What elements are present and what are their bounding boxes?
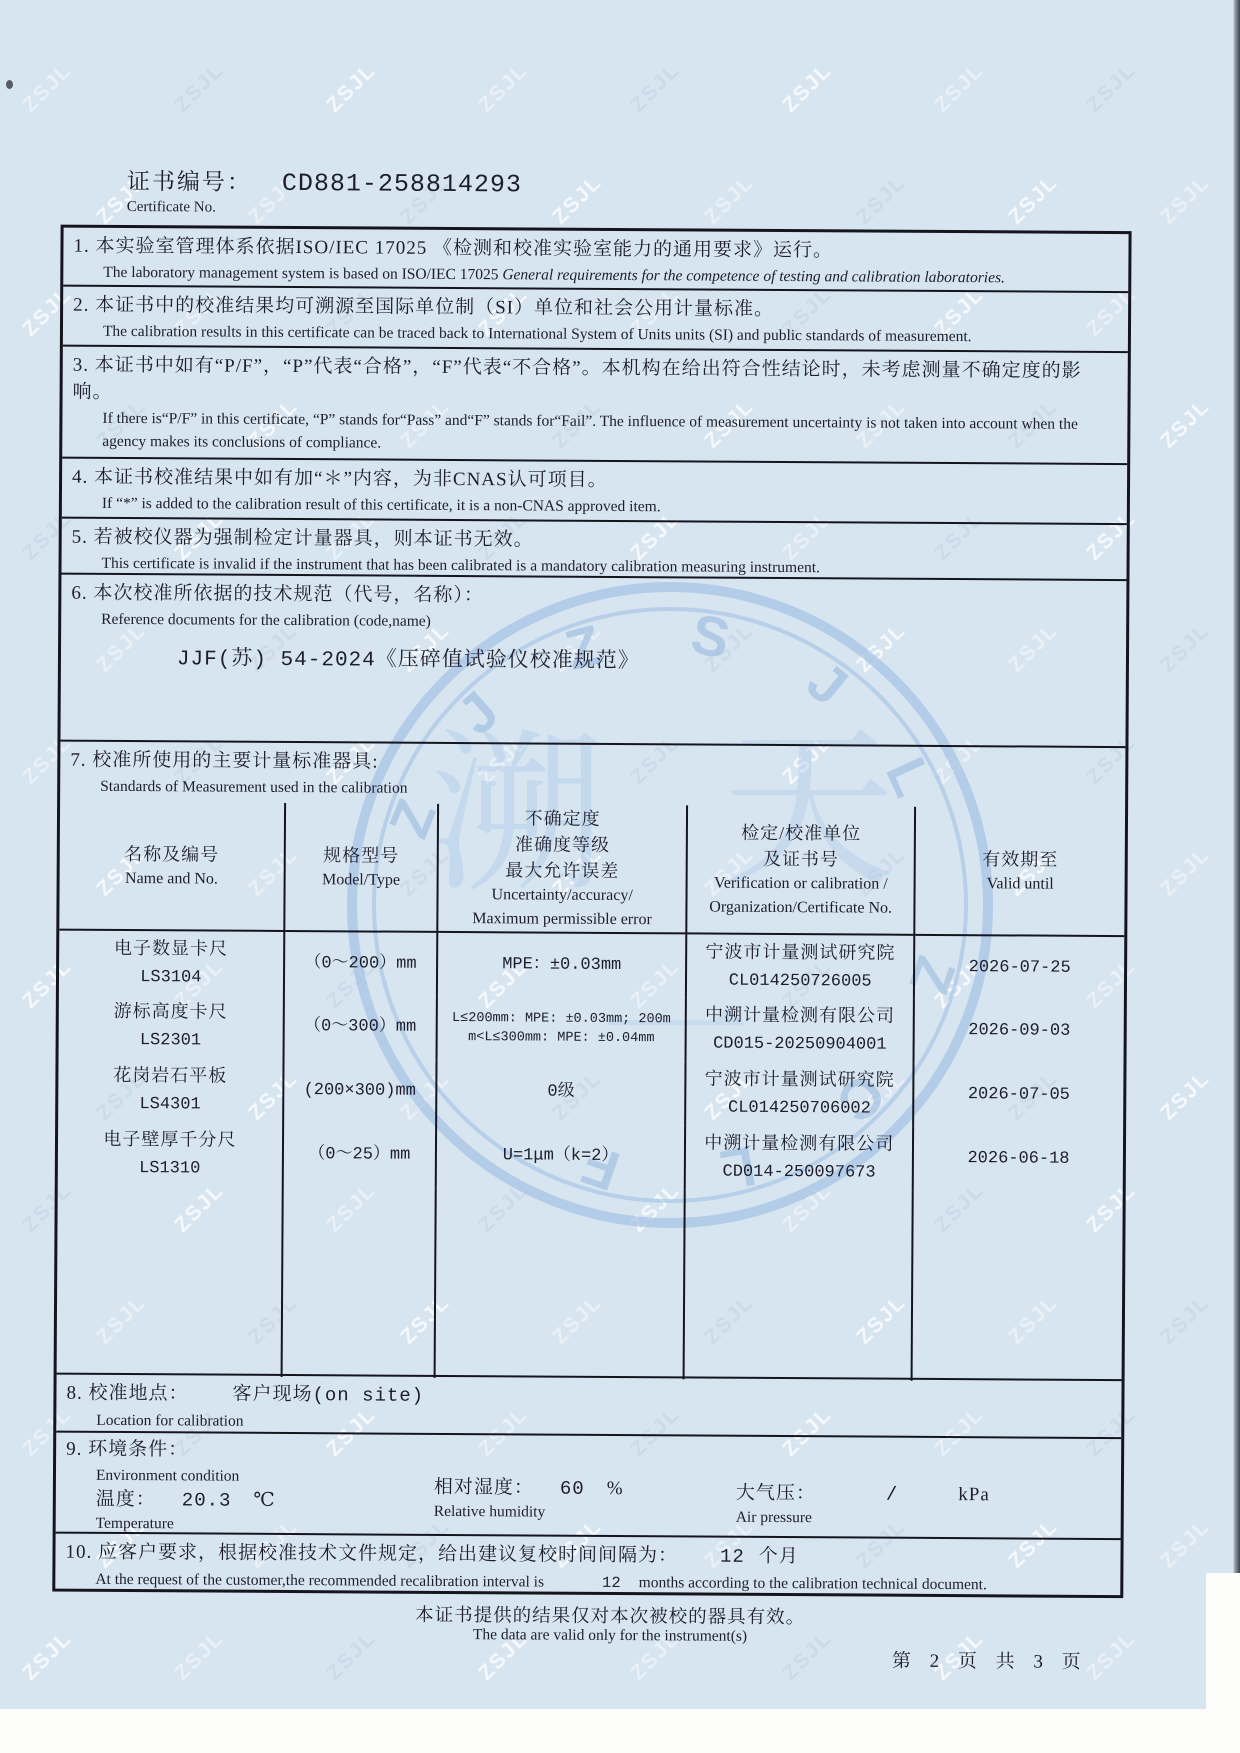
instrument-name: 花岗岩石平板 — [62, 1060, 278, 1091]
header-org-zh1: 检定/校准单位 — [692, 819, 910, 846]
cell-valid: 2026-09-03 — [914, 999, 1124, 1064]
header-name: 名称及编号 Name and No. — [59, 802, 284, 931]
clause-9: 9. 环境条件： Environment condition 温度：20.3℃ … — [56, 1431, 1122, 1539]
scan-edge-bottom — [0, 1709, 1240, 1753]
clause-6: 6. 本次校准所依据的技术规范（代号，名称）： Reference docume… — [60, 573, 1126, 747]
instrument-code: LS3104 — [63, 962, 279, 993]
pressure-value: / — [886, 1482, 899, 1508]
model-value: (200×300)mm — [288, 1076, 432, 1107]
instrument-name: 电子壁厚千分尺 — [62, 1124, 278, 1155]
mpe-value: MPE：±0.03mm — [442, 949, 681, 980]
clause-3: 3. 本证书中如有“P/F”，“P”代表“合格”，“F”代表“不合格”。本机构在… — [62, 345, 1128, 464]
temperature-line: 温度：20.3℃ — [56, 1487, 276, 1514]
org-certificate-no: CL014250726005 — [691, 966, 909, 997]
mpe-value: U=1μm（k=2） — [441, 1141, 680, 1172]
environment-title-en: Environment condition — [56, 1463, 276, 1488]
scan-corner-bottom-right — [1206, 1573, 1240, 1713]
standards-table-header-row: 名称及编号 Name and No. 规格型号 Model/Type 不确定度 … — [59, 802, 1125, 937]
humidity-unit: % — [607, 1476, 624, 1502]
org-name: 宁波市计量测试研究院 — [691, 1063, 909, 1094]
header-org-en1: Verification or calibration / — [692, 871, 910, 896]
header-valid: 有效期至 Valid until — [914, 807, 1125, 936]
header-model-en: Model/Type — [289, 867, 433, 892]
instrument-code: LS1310 — [62, 1154, 278, 1185]
mpe-value-line1: L≤200mm: MPE: ±0.03mm; 200m — [442, 1009, 681, 1029]
org-name: 宁波市计量测试研究院 — [691, 936, 909, 967]
clause-4: 4. 本证书校准结果中如有加“＊”内容，为非CNAS认可项目。 If “*” i… — [62, 457, 1127, 524]
scan-edge-right — [1233, 0, 1240, 1602]
pressure-label-zh: 大气压： — [736, 1483, 816, 1504]
humidity-value: 60 — [560, 1476, 585, 1502]
header-org: 检定/校准单位 及证书号 Verification or calibration… — [687, 805, 916, 934]
cell-org: 宁波市计量测试研究院 CL014250706002 — [685, 1061, 913, 1126]
clause-5-zh: 5. 若被校仪器为强制检定计量器具，则本证书无效。 — [62, 519, 1127, 558]
header-valid-en: Valid until — [920, 871, 1121, 896]
certificate-terms-box: 1. 本实验室管理体系依据ISO/IEC 17025 《检测和校准实验室能力的通… — [52, 225, 1131, 1599]
header-org-en2: Organization/Certificate No. — [692, 895, 910, 920]
cell-mpe: 0级 — [436, 1060, 686, 1126]
model-value: （0～200）mm — [289, 948, 433, 979]
instrument-code: LS4301 — [62, 1090, 278, 1121]
clause-10: 10. 应客户要求，根据校准技术文件规定，给出建议复校时间间隔为： 12 个月 … — [55, 1532, 1120, 1602]
humidity-label-zh: 相对湿度： — [434, 1477, 534, 1499]
clause-2-en: The calibration results in this certific… — [63, 319, 1128, 350]
temperature-label-zh: 温度： — [96, 1489, 156, 1510]
recalibration-value-en: 12 — [602, 1572, 621, 1595]
clause-4-en: If “*” is added to the calibration resul… — [62, 491, 1127, 522]
cell-valid: 2026-07-05 — [913, 1063, 1123, 1128]
cell-valid: 2026-06-18 — [913, 1127, 1123, 1192]
humidity-line: 相对湿度：60% — [434, 1475, 624, 1502]
org-certificate-no: CL014250706002 — [690, 1093, 908, 1124]
header-valid-zh: 有效期至 — [920, 845, 1121, 872]
environment-temperature-group: 9. 环境条件： Environment condition 温度：20.3℃ … — [56, 1433, 277, 1536]
cell-valid: 2026-07-25 — [914, 935, 1124, 1000]
cell-mpe: MPE：±0.03mm — [437, 932, 687, 998]
certificate-number-label-en: Certificate No. — [127, 199, 522, 218]
reference-document: JJF(苏) 54-2024《压碎值试验仪校准规范》 — [61, 631, 1126, 678]
certificate-number-label-zh: 证书编号： — [127, 163, 252, 197]
table-empty-space — [57, 1186, 1123, 1383]
mpe-value: 0级 — [441, 1077, 680, 1108]
model-value: （0～25）mm — [288, 1140, 432, 1171]
temperature-unit: ℃ — [253, 1488, 275, 1514]
standards-table: 名称及编号 Name and No. 规格型号 Model/Type 不确定度 … — [57, 802, 1125, 1382]
header-name-en: Name and No. — [64, 866, 280, 891]
table-row: 电子壁厚千分尺 LS1310 （0～25）mm U=1μm（k=2） 中溯计量检… — [58, 1122, 1123, 1193]
header-mpe: 不确定度 准确度等级 最大允许误差 Uncertainty/accuracy/ … — [437, 804, 687, 934]
cell-model: （0～300）mm — [283, 995, 437, 1060]
cell-name: 电子壁厚千分尺 LS1310 — [58, 1122, 283, 1187]
cell-mpe: L≤200mm: MPE: ±0.03mm; 200m m<L≤300mm: M… — [437, 996, 687, 1062]
header-mpe-zh3: 最大允许误差 — [443, 856, 682, 883]
clause-7: 7. 校准所使用的主要计量标准器具: Standards of Measurem… — [57, 740, 1126, 1379]
clause-1-zh: 1. 本实验室管理体系依据ISO/IEC 17025 《检测和校准实验室能力的通… — [63, 228, 1128, 267]
clause-8: 8. 校准地点： 客户现场(on site) Location for cali… — [56, 1373, 1121, 1438]
recalibration-label-zh: 10. 应客户要求，根据校准技术文件规定，给出建议复校时间间隔为： — [65, 1539, 678, 1570]
clause-7-zh: 7. 校准所使用的主要计量标准器具: — [60, 742, 1125, 781]
certificate-number-block: 证书编号： CD881-258814293 Certificate No. — [127, 163, 522, 218]
recalibration-tail-en: months according to the calibration tech… — [639, 1571, 987, 1596]
valid-until-date: 2026-07-25 — [919, 952, 1120, 983]
clause-3-en: If there is“P/F” in this certificate, “P… — [62, 406, 1127, 460]
valid-until-date: 2026-09-03 — [919, 1016, 1120, 1047]
valid-until-date: 2026-06-18 — [918, 1144, 1119, 1175]
page-number: 第 2 页 共 3 页 — [892, 1646, 1088, 1674]
clause-1: 1. 本实验室管理体系依据ISO/IEC 17025 《检测和校准实验室能力的通… — [63, 228, 1128, 292]
mpe-value-line2: m<L≤300mm: MPE: ±0.04mm — [442, 1028, 681, 1048]
cell-org: 中溯计量检测有限公司 CD014-250097673 — [685, 1125, 913, 1190]
temperature-value: 20.3 — [182, 1487, 232, 1513]
header-name-zh: 名称及编号 — [64, 840, 280, 867]
clause-2-zh: 2. 本证书中的校准结果均可溯源至国际单位制（SI）单位和社会公用计量标准。 — [63, 287, 1128, 326]
pressure-line: 大气压：/kPa — [736, 1481, 990, 1509]
cell-org: 中溯计量检测有限公司 CD015-20250904001 — [686, 997, 914, 1062]
clause-1-en-italic: General requirements for the competence … — [502, 266, 1005, 286]
table-row: 花岗岩石平板 LS4301 (200×300)mm 0级 宁波市计量测试研究院 … — [58, 1058, 1123, 1129]
cell-name: 花岗岩石平板 LS4301 — [58, 1058, 283, 1123]
recalibration-value-zh: 12 — [720, 1544, 745, 1571]
pressure-label-en: Air pressure — [736, 1507, 990, 1531]
org-name: 中溯计量检测有限公司 — [690, 1127, 908, 1158]
org-name: 中溯计量检测有限公司 — [691, 999, 909, 1030]
clause-3-zh: 3. 本证书中如有“P/F”，“P”代表“合格”，“F”代表“不合格”。本机构在… — [63, 347, 1128, 413]
instrument-code: LS2301 — [63, 1026, 279, 1057]
org-certificate-no: CD014-250097673 — [690, 1157, 908, 1188]
header-mpe-en2: Maximum permissible error — [442, 906, 681, 931]
header-model-zh: 规格型号 — [289, 841, 433, 868]
recalibration-label-en: At the request of the customer,the recom… — [95, 1568, 544, 1594]
environment-pressure-group: 大气压：/kPa Air pressure — [736, 1481, 990, 1531]
cell-model: (200×300)mm — [283, 1059, 437, 1124]
header-mpe-zh2: 准确度等级 — [443, 830, 682, 857]
org-certificate-no: CD015-20250904001 — [691, 1029, 909, 1060]
cell-model: （0～200）mm — [284, 931, 438, 996]
clause-10-en: At the request of the customer,the recom… — [55, 1567, 1120, 1599]
cell-org: 宁波市计量测试研究院 CL014250726005 — [686, 933, 914, 998]
cell-name: 电子数显卡尺 LS3104 — [59, 930, 284, 995]
location-value: 客户现场(on site) — [232, 1382, 424, 1410]
table-row: 游标高度卡尺 LS2301 （0～300）mm L≤200mm: MPE: ±0… — [59, 994, 1124, 1065]
header-model: 规格型号 Model/Type — [284, 803, 438, 932]
clause-2: 2. 本证书中的校准结果均可溯源至国际单位制（SI）单位和社会公用计量标准。 T… — [63, 285, 1128, 352]
pressure-unit: kPa — [958, 1482, 990, 1508]
header-org-zh2: 及证书号 — [692, 845, 910, 872]
clause-5: 5. 若被校仪器为强制检定计量器具，则本证书无效。 This certifica… — [61, 517, 1126, 580]
recalibration-unit-zh: 个月 — [759, 1543, 799, 1570]
location-label: 8. 校准地点： — [66, 1380, 188, 1408]
model-value: （0～300）mm — [288, 1012, 432, 1043]
clause-6-zh: 6. 本次校准所依据的技术规范（代号，名称）： — [61, 575, 1126, 614]
humidity-label-en: Relative humidity — [434, 1501, 624, 1524]
header-mpe-zh1: 不确定度 — [443, 804, 682, 831]
valid-until-date: 2026-07-05 — [918, 1080, 1119, 1111]
environment-humidity-group: 相对湿度：60% Relative humidity — [434, 1475, 624, 1524]
certificate-page-2: 证书编号： CD881-258814293 Certificate No. 1.… — [0, 0, 1240, 1753]
clause-4-zh: 4. 本证书校准结果中如有加“＊”内容，为非CNAS认可项目。 — [62, 459, 1127, 498]
table-row: 电子数显卡尺 LS3104 （0～200）mm MPE：±0.03mm 宁波市计… — [59, 930, 1124, 1001]
cell-model: （0～25）mm — [282, 1123, 436, 1188]
instrument-name: 电子数显卡尺 — [63, 932, 279, 963]
environment-title-zh: 9. 环境条件： — [56, 1433, 276, 1464]
cell-name: 游标高度卡尺 LS2301 — [59, 994, 284, 1059]
header-mpe-en1: Uncertainty/accuracy/ — [443, 882, 682, 907]
certificate-number-value: CD881-258814293 — [282, 169, 522, 199]
clause-1-en-normal: The laboratory management system is base… — [103, 264, 502, 283]
instrument-name: 游标高度卡尺 — [63, 996, 279, 1027]
cell-mpe: U=1μm（k=2） — [436, 1124, 686, 1190]
scan-speck — [6, 80, 13, 89]
